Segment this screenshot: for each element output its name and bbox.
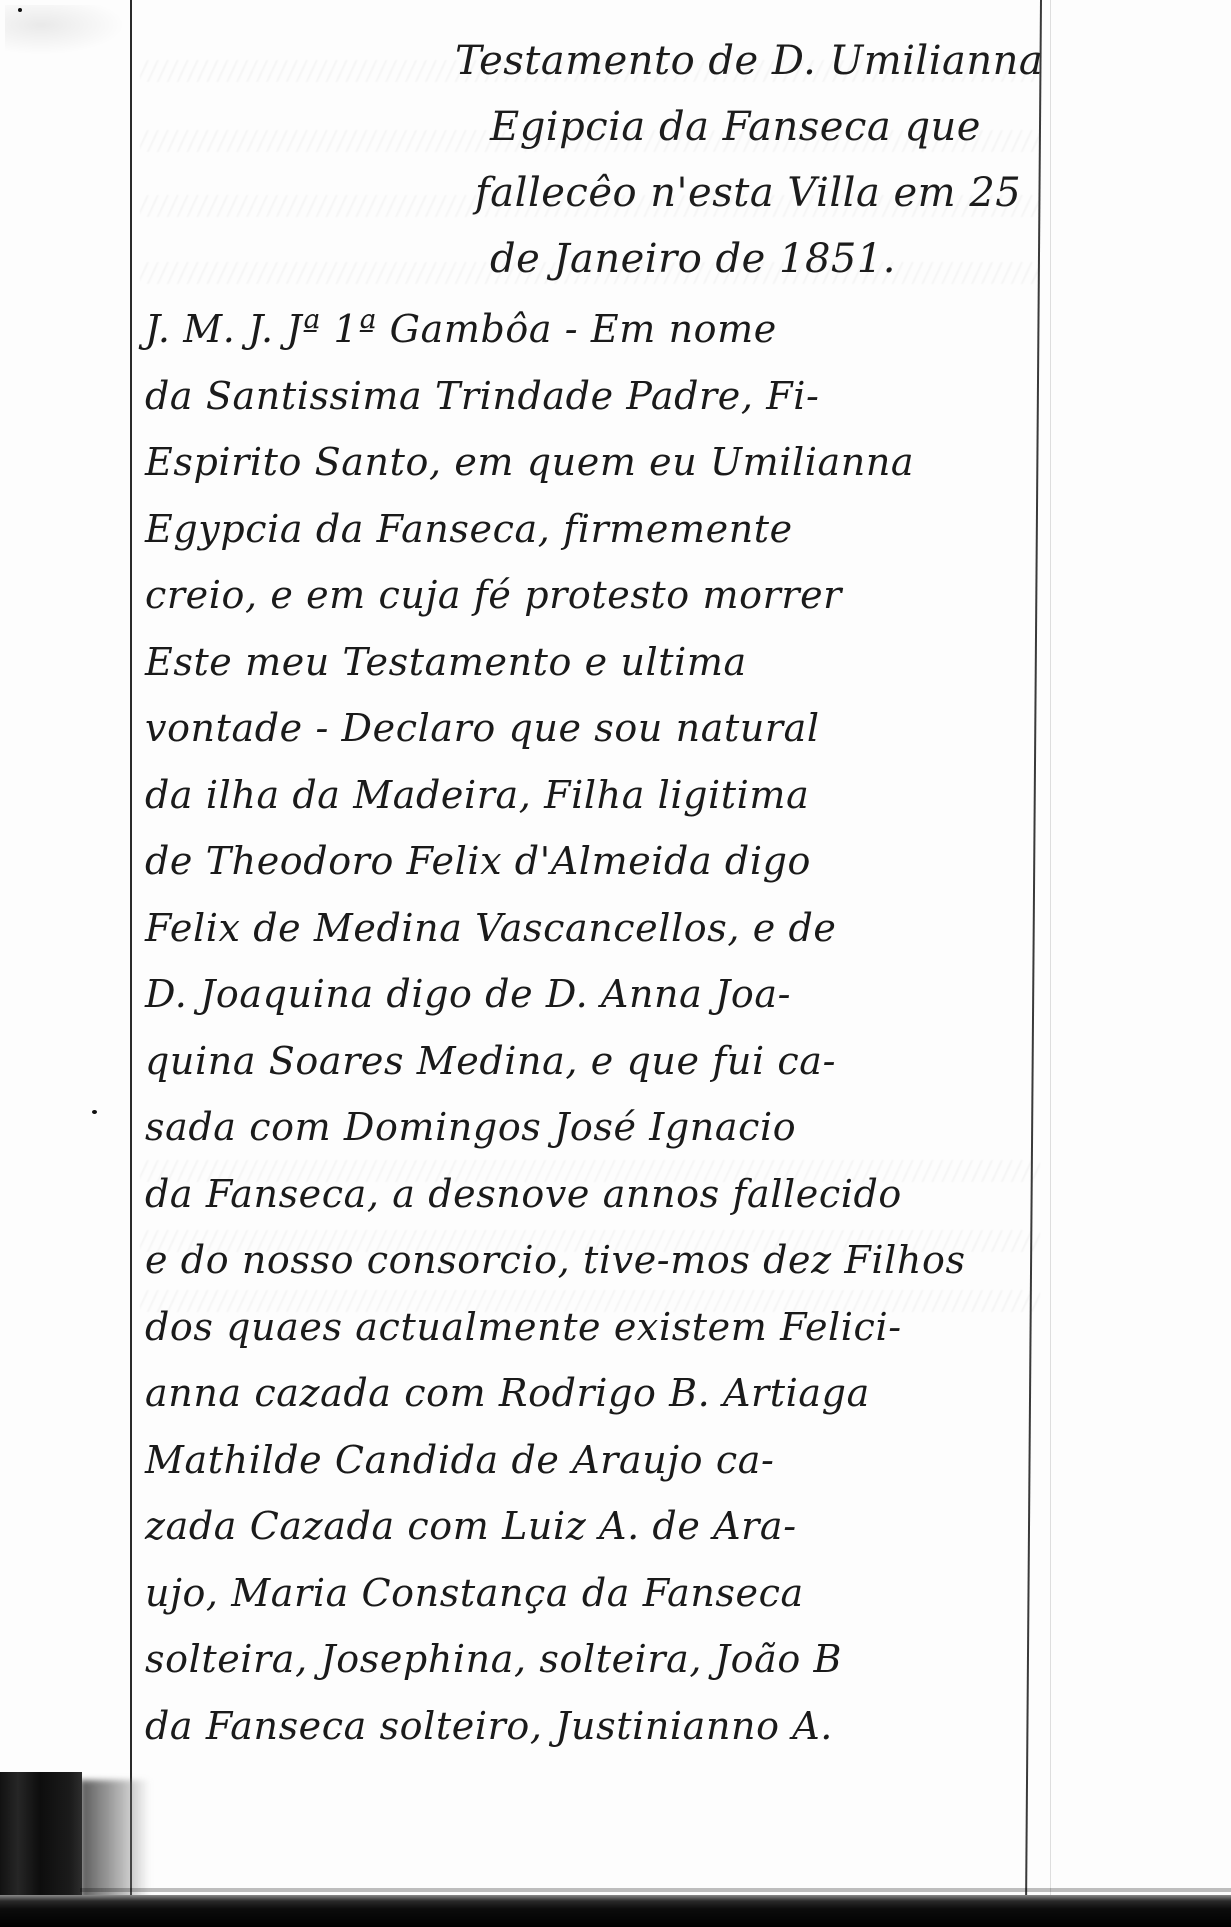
manuscript-page: Testamento de D. Umilianna Egipcia da Fa… — [0, 0, 1231, 1927]
text-line: dos quaes actualmente existem Felici- — [145, 1294, 1045, 1361]
left-margin-rule — [130, 0, 132, 1895]
text-line: D. Joaquina digo de D. Anna Joa- — [145, 961, 1045, 1028]
text-line: da ilha da Madeira, Filha ligitima — [145, 762, 1045, 829]
text-line: quina Soares Medina, e que fui ca- — [145, 1028, 1045, 1095]
text-line: da Fanseca solteiro, Justinianno A. — [145, 1693, 1045, 1760]
testament-body: J. M. J. Jª 1ª Gambôa - Em nome da Santi… — [145, 296, 1045, 1759]
text-line: e do nosso consorcio, tive-mos dez Filho… — [145, 1227, 1045, 1294]
paper-stain — [5, 5, 125, 55]
text-line: Este meu Testamento e ultima — [145, 629, 1045, 696]
title-line: Testamento de D. Umilianna — [455, 28, 1095, 94]
ink-dot — [92, 1110, 97, 1114]
title-line: Egipcia da Fanseca que — [455, 94, 1095, 160]
ink-dot — [18, 8, 22, 12]
title-line: de Janeiro de 1851. — [455, 226, 1095, 292]
text-line: da Santissima Trindade Padre, Fi- — [145, 363, 1045, 430]
text-line: da Fanseca, a desnove annos fallecido — [145, 1161, 1045, 1228]
text-line: Egypcia da Fanseca, firmemente — [145, 496, 1045, 563]
bottom-scan-shadow — [0, 1895, 1231, 1927]
text-line: anna cazada com Rodrigo B. Artiaga — [145, 1360, 1045, 1427]
book-spine-shadow — [80, 1780, 150, 1900]
text-line: solteira, Josephina, solteira, João B — [145, 1626, 1045, 1693]
text-line: de Theodoro Felix d'Almeida digo — [145, 828, 1045, 895]
page-bottom-edge — [80, 1888, 1231, 1892]
document-title-block: Testamento de D. Umilianna Egipcia da Fa… — [455, 28, 1095, 292]
text-line: Espirito Santo, em quem eu Umilianna — [145, 429, 1045, 496]
title-line: fallecêo n'esta Villa em 25 — [455, 160, 1095, 226]
text-line: Mathilde Candida de Araujo ca- — [145, 1427, 1045, 1494]
text-line: sada com Domingos José Ignacio — [145, 1094, 1045, 1161]
text-line: J. M. J. Jª 1ª Gambôa - Em nome — [145, 296, 1045, 363]
text-line: ujo, Maria Constança da Fanseca — [145, 1560, 1045, 1627]
text-line: creio, e em cuja fé protesto morrer — [145, 562, 1045, 629]
text-line: vontade - Declaro que sou natural — [145, 695, 1045, 762]
text-line: Felix de Medina Vascancellos, e de — [145, 895, 1045, 962]
text-line: zada Cazada com Luiz A. de Ara- — [145, 1493, 1045, 1560]
